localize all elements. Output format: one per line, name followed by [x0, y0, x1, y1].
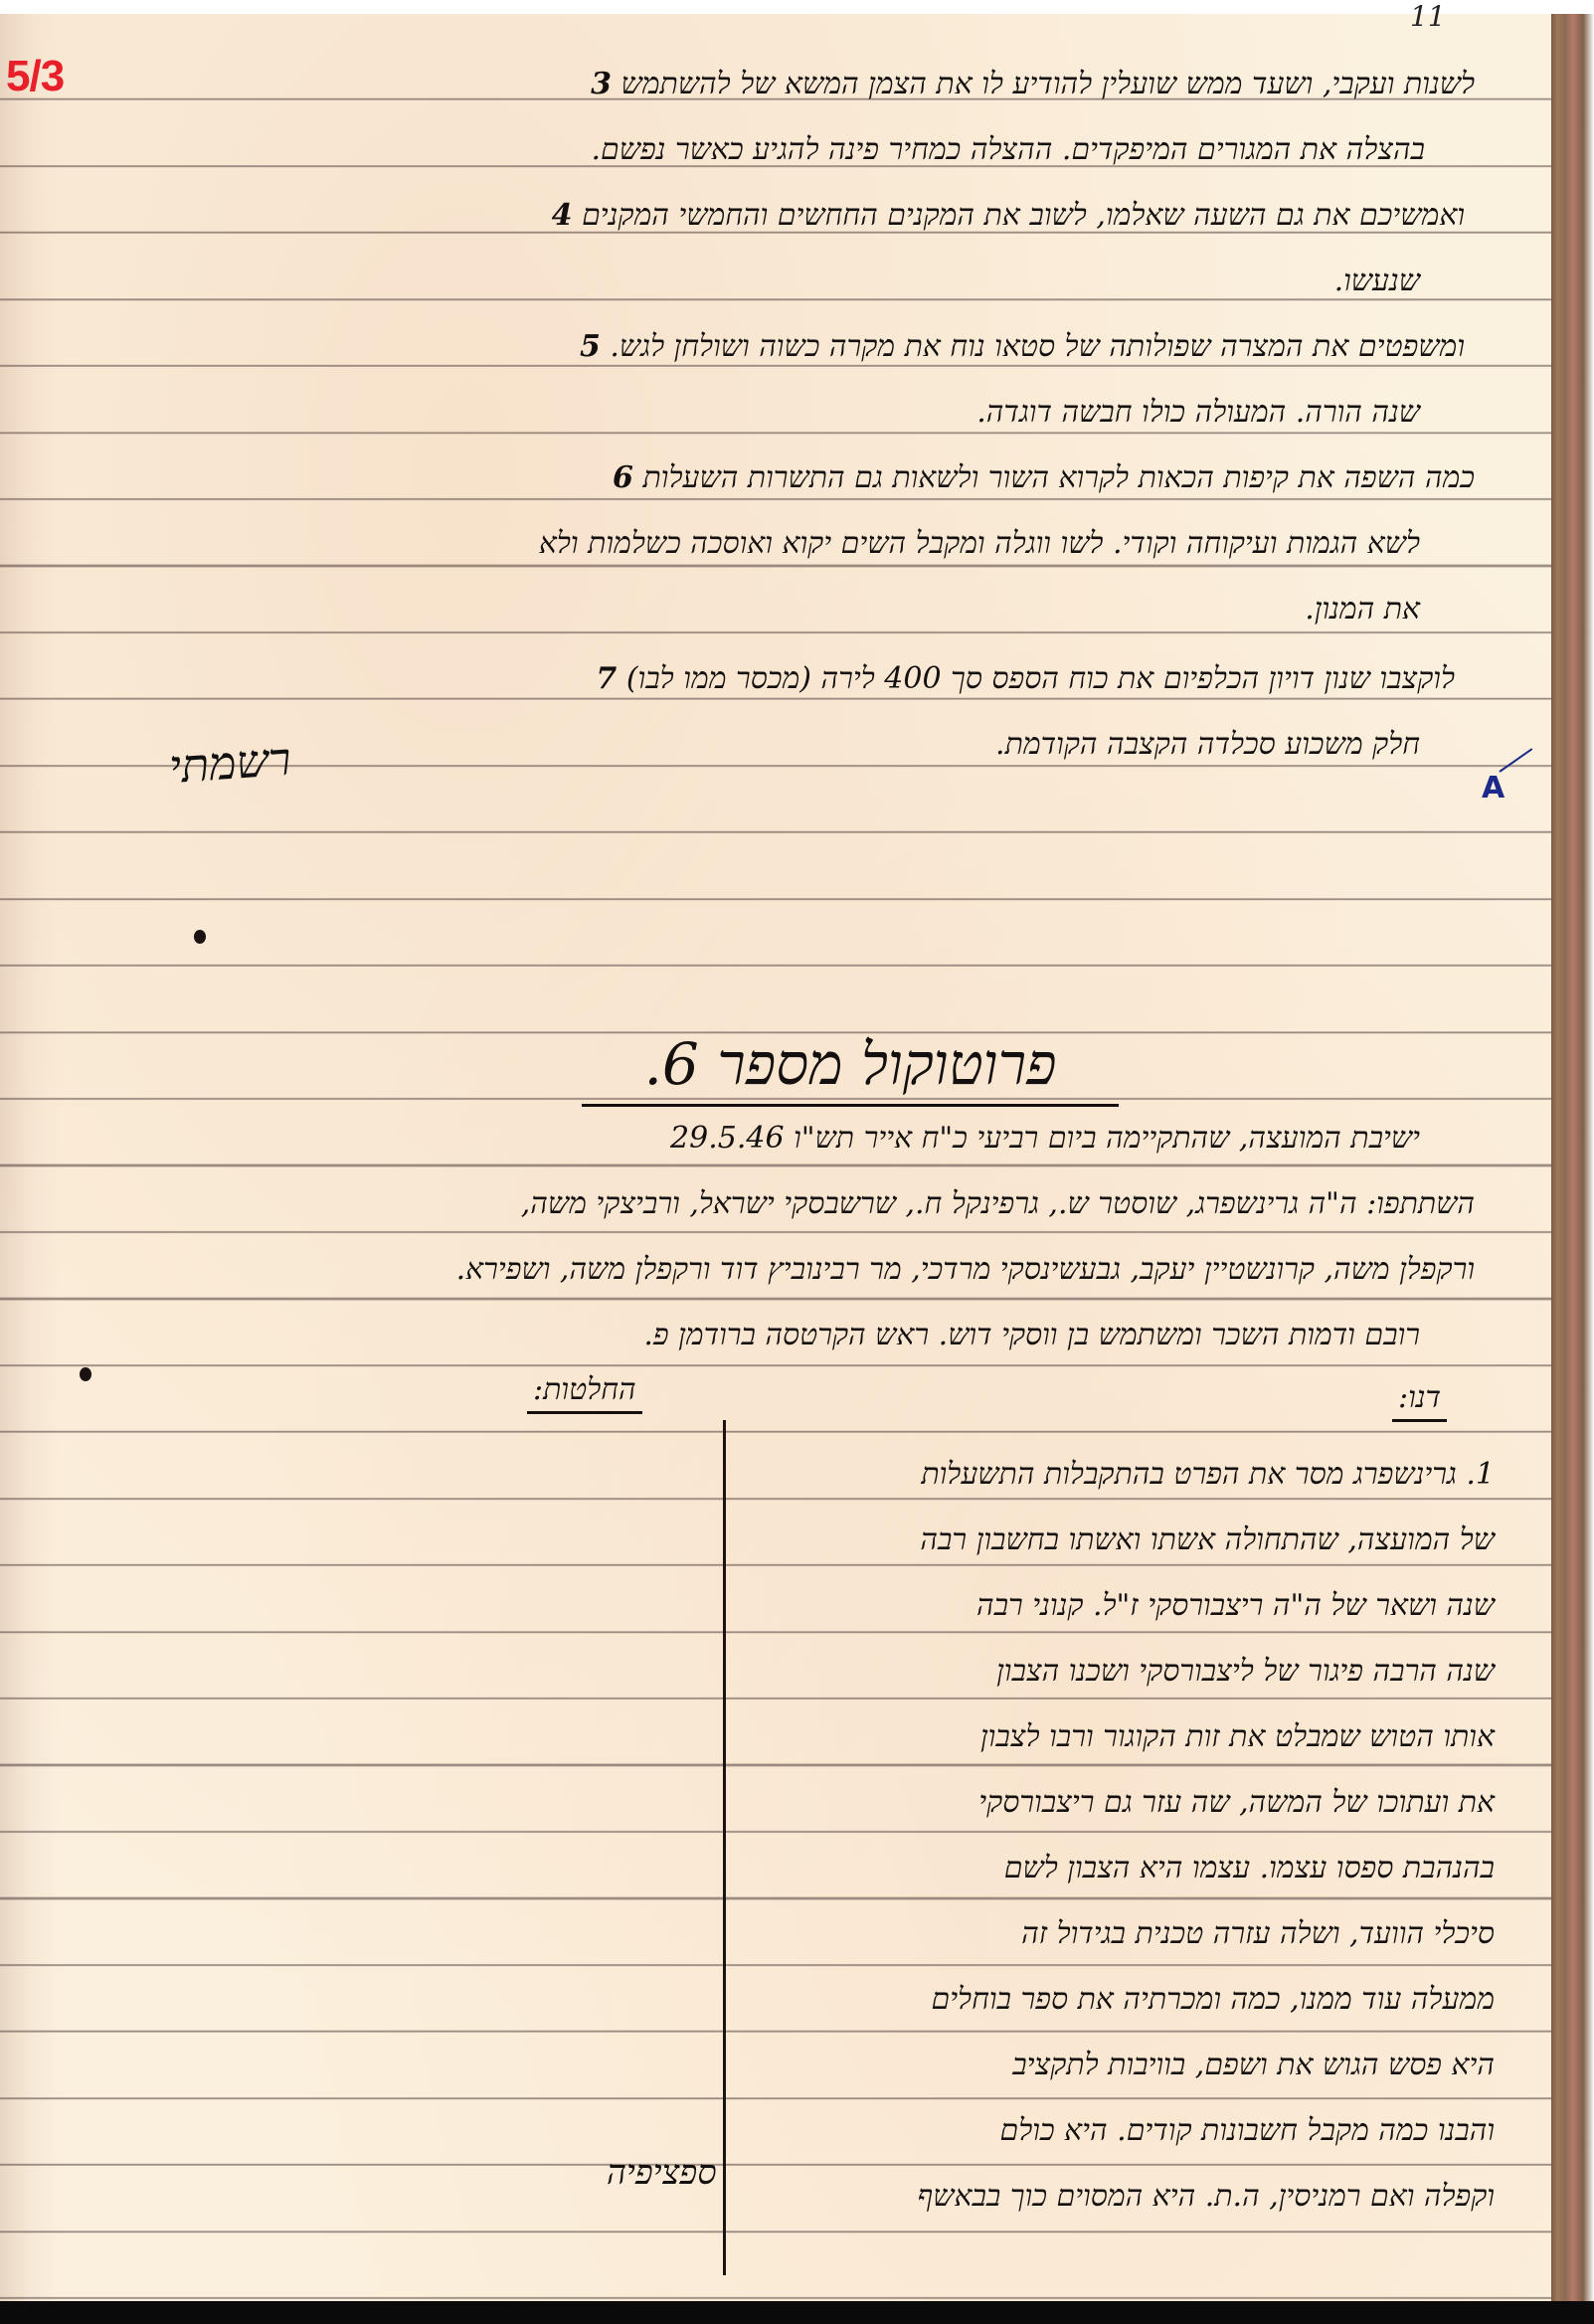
ink-dot [194, 930, 206, 944]
item-6-line-1: כמה השפה את קיפות הכאות לקרוא השור ולשאו… [603, 446, 1475, 511]
item-4-number: 4 [552, 198, 573, 233]
item-5-text: ומשפטים את המצרה שפולותה של סטאו נוח את … [610, 329, 1465, 364]
margin-note-word: ספציפיה [607, 2153, 717, 2193]
page-number: 11 [1410, 0, 1446, 33]
signature: רשמתי [167, 732, 292, 794]
blue-check-mark: A [1482, 771, 1505, 805]
item-4-line-1: ואמשיכם את גם השעה שאלמו, לשוב את המקנים… [542, 183, 1465, 249]
discussion-line: סיכלי הוועד, ושלה עזרה טכנית בגידול זה [1021, 1901, 1495, 1967]
participants-line-2: ורקפלן משה, קרונשטיין יעקב, גבעשינסקי מר… [456, 1237, 1475, 1303]
item-3-line-1: לשנות ועקבי, ושעד ממש שועלין להודיע לו א… [581, 52, 1475, 117]
item-7-number: 7 [596, 661, 617, 696]
decisions-header: החלטות: [527, 1372, 642, 1414]
item-7-line-2: חלק משכוע סכלדה הקצבה הקודמת. [995, 712, 1420, 778]
item-3-number: 3 [591, 67, 612, 101]
item-6-number: 6 [613, 460, 633, 495]
discussed-header: דנו: [1392, 1380, 1447, 1422]
item-6-text: כמה השפה את קיפות הכאות לקרוא השור ולשאו… [642, 460, 1475, 495]
item-5-number: 5 [580, 329, 601, 364]
participants-line-1: השתתפו: ה"ה גרינשפרג, שוסטר ש., גרפינקל … [521, 1171, 1475, 1237]
item-5-line-2: שנה הורה. המעולה כולו חבשה דוגדה. [976, 380, 1420, 446]
discussion-line: את ועתוכו של המשה, שה עזר גם ריצבורסקי [978, 1770, 1495, 1836]
item-4-line-2: שנעשו. [1334, 249, 1420, 314]
item-6-line-2: לשא הגמות ועיקוחה וקודי. לשו ווגלה ומקבל… [539, 511, 1420, 577]
protocol-title: פרוטוקול מספר 6. [582, 1024, 1119, 1107]
discussion-line: בהנהבת ספסו עצמו. עצמו היא הצבון לשם [1004, 1836, 1495, 1901]
item-4-text: ואמשיכם את גם השעה שאלמו, לשוב את המקנים… [582, 198, 1465, 233]
notebook-binding [1551, 14, 1594, 2301]
discussion-line: שנה הרבה פיגור של ליצבורסקי ושכנו הצבון [996, 1639, 1495, 1704]
column-divider [723, 1420, 726, 2275]
item-6-line-3: את המנון. [1305, 577, 1420, 642]
participants-line-3: רובם ודמות השכר ומשתמש בן ווסקי דוש. ראש… [643, 1303, 1420, 1368]
protocol-opening: ישיבת המועצה, שהתקיימה ביום רביעי כ"ח אי… [670, 1106, 1420, 1171]
discussion-line: והבנו כמה מקבל חשבונות קודים. היא כולם [1000, 2098, 1495, 2164]
discussion-line: ממעלה עוד ממנו, כמה ומכרתיה את ספר בוחלי… [931, 1967, 1495, 2033]
discussion-line: 1. גרינשפרג מסר את הפרט בהתקבלות התשעלות [921, 1442, 1495, 1508]
page-label: 5/3 [6, 52, 64, 101]
discussion-line: אותו הטוש שמבלט את זות הקוגור ורבו לצבון [980, 1704, 1495, 1770]
discussion-line: היא פסש הגוש את ושפם, בוויבות לתקציב [1012, 2033, 1495, 2098]
discussion-line: שנה ושאר של ה"ה ריצבורסקי ז"ל. קנוני רבה [976, 1573, 1495, 1639]
item-3-line-2: בהצלה את המגורים המיפקדים. ההצלה כמחיר פ… [591, 117, 1425, 183]
scan-border [0, 2301, 1594, 2324]
discussion-line: וקפלה ואם רמניסין, ה.ת. היא המסוים כוך ב… [918, 2164, 1495, 2230]
discussion-line: של המועצה, שהתחולה אשתו ואשתו בחשבון רבה [920, 1508, 1495, 1573]
margin-note: ספציפיה [607, 2153, 717, 2193]
item-7-text: לוקצבו שנון דויון הכלפיום את כוח הספס סך… [626, 661, 1455, 696]
ink-dot [80, 1367, 91, 1381]
item-3-text: לשנות ועקבי, ושעד ממש שועלין להודיע לו א… [621, 67, 1476, 101]
item-7-line-1: לוקצבו שנון דויון הכלפיום את כוח הספס סך… [586, 646, 1455, 712]
item-5-line-1: ומשפטים את המצרה שפולותה של סטאו נוח את … [570, 314, 1465, 380]
